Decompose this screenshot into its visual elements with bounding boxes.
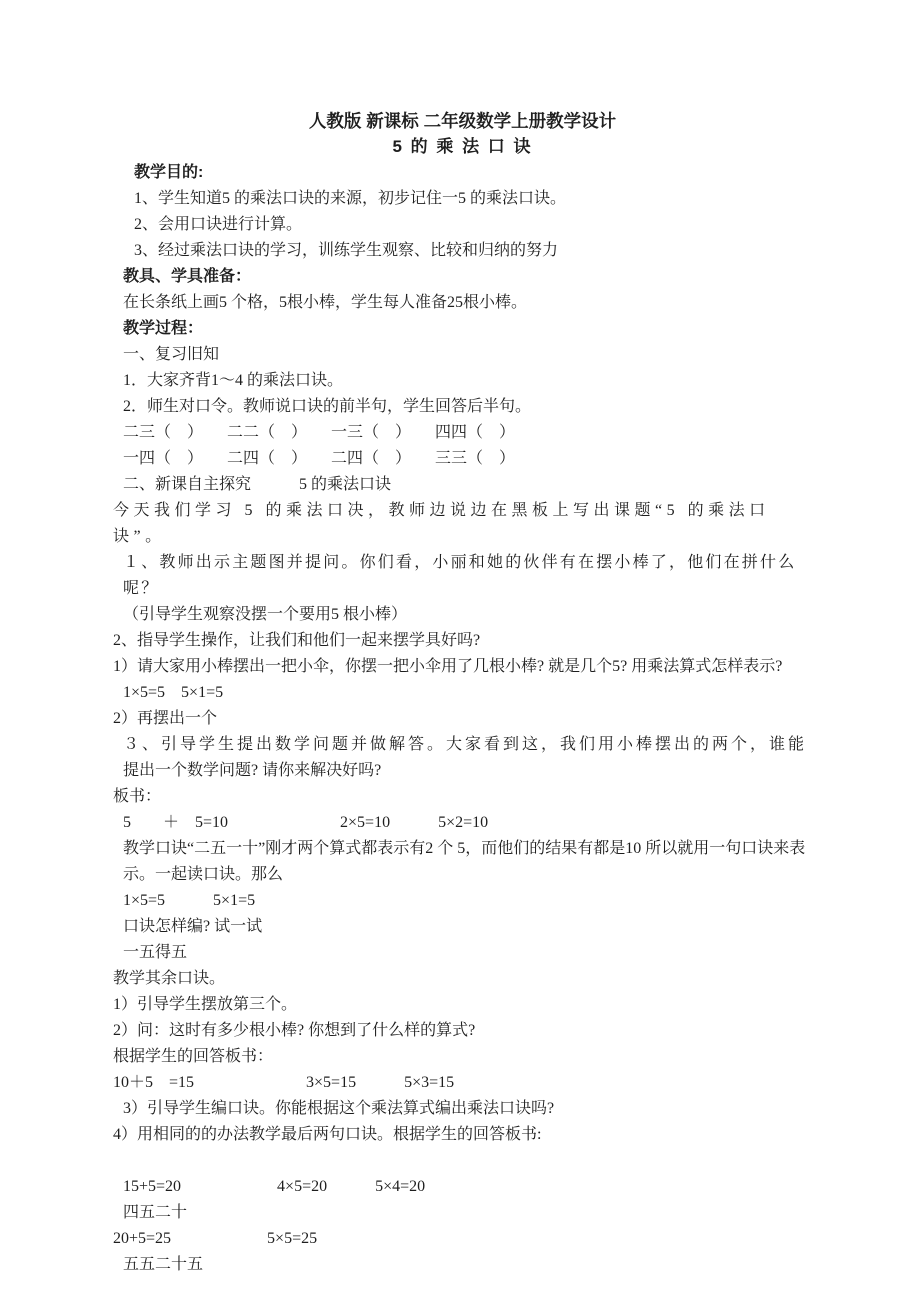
text-line: 口诀怎样编? 试一试: [113, 914, 812, 940]
text-line: 3、经过乘法口诀的学习，训练学生观察、比较和归纳的努力: [113, 238, 812, 264]
text-line: 20+5=25 5×5=25: [113, 1226, 812, 1252]
section-heading: 教具、学具准备：: [113, 264, 812, 290]
text-line: 提出一个数学问题? 请你来解决好吗?: [113, 758, 812, 784]
text-line: 在长条纸上画5 个格，5根小棒，学生每人准备25根小棒。: [113, 290, 812, 316]
text-line: 示。一起读口诀。那么: [113, 862, 812, 888]
text-line: 五五二十五: [113, 1252, 812, 1278]
text-line: 2、指导学生操作，让我们和他们一起来摆学具好吗?: [113, 628, 812, 654]
text-line: 4）用相同的的办法教学最后两句口诀。根据学生的回答板书:: [113, 1122, 812, 1148]
text-line: 根据学生的回答板书：: [113, 1044, 812, 1070]
text-line: 2、会用口诀进行计算。: [113, 212, 812, 238]
text-line: 四五二十: [113, 1200, 812, 1226]
text-line: 2．师生对口令。教师说口诀的前半句，学生回答后半句。: [113, 394, 812, 420]
text-line: 板书：: [113, 784, 812, 810]
text-line: 1）请大家用小棒摆出一把小伞，你摆一把小伞用了几根小棒? 就是几个5? 用乘法算…: [113, 654, 812, 680]
text-line: 5 ＋ 5=10 2×5=10 5×2=10: [113, 810, 812, 836]
text-line: 教学其余口诀。: [113, 966, 812, 992]
text-line: 一四（ ） 二四（ ） 二四（ ） 三三（ ）: [113, 446, 812, 472]
text-line: 教学口诀“二五一十”刚才两个算式都表示有2 个 5，而他们的结果有都是10 所以…: [113, 836, 812, 862]
blank-line: [113, 1148, 812, 1174]
text-line: 一五得五: [113, 940, 812, 966]
text-line: 1、学生知道5 的乘法口诀的来源，初步记住一5 的乘法口诀。: [113, 186, 812, 212]
text-line: 今天我们学习 5 的乘法口决，教师边说边在黑板上写出课题“5 的乘法口诀”。: [113, 498, 812, 550]
text-line: 2）问：这时有多少根小棒? 你想到了什么样的算式?: [113, 1018, 812, 1044]
section-heading: 教学过程：: [113, 316, 812, 342]
text-line: 1×5=5 5×1=5: [113, 888, 812, 914]
document-body: 教学目的:1、学生知道5 的乘法口诀的来源，初步记住一5 的乘法口诀。2、会用口…: [113, 160, 812, 1278]
document-page: 人教版 新课标 二年级数学上册教学设计 5 的 乘 法 口 诀 教学目的:1、学…: [0, 0, 920, 1302]
text-line: 一、复习旧知: [113, 342, 812, 368]
text-line: 10＋5 =15 3×5=15 5×3=15: [113, 1070, 812, 1096]
document-title: 人教版 新课标 二年级数学上册教学设计: [113, 108, 812, 134]
text-line: 二、新课自主探究 5 的乘法口诀: [113, 472, 812, 498]
section-heading: 教学目的:: [113, 160, 812, 186]
text-line: １、教师出示主题图并提问。你们看，小丽和她的伙伴有在摆小棒了，他们在拼什么 呢？: [113, 550, 812, 602]
text-line: 二三（ ） 二二（ ） 一三（ ） 四四（ ）: [113, 420, 812, 446]
text-line: 2）再摆出一个: [113, 706, 812, 732]
document-subtitle: 5 的 乘 法 口 诀: [113, 134, 812, 160]
text-line: 3）引导学生编口诀。你能根据这个乘法算式编出乘法口诀吗?: [113, 1096, 812, 1122]
text-line: 15+5=20 4×5=20 5×4=20: [113, 1174, 812, 1200]
text-line: 1．大家齐背1～4 的乘法口诀。: [113, 368, 812, 394]
text-line: （引导学生观察没摆一个要用5 根小棒）: [113, 602, 812, 628]
text-line: 1）引导学生摆放第三个。: [113, 992, 812, 1018]
text-line: 1×5=5 5×1=5: [113, 680, 812, 706]
text-line: ３、引导学生提出数学问题并做解答。大家看到这，我们用小棒摆出的两个，谁能: [113, 732, 812, 758]
